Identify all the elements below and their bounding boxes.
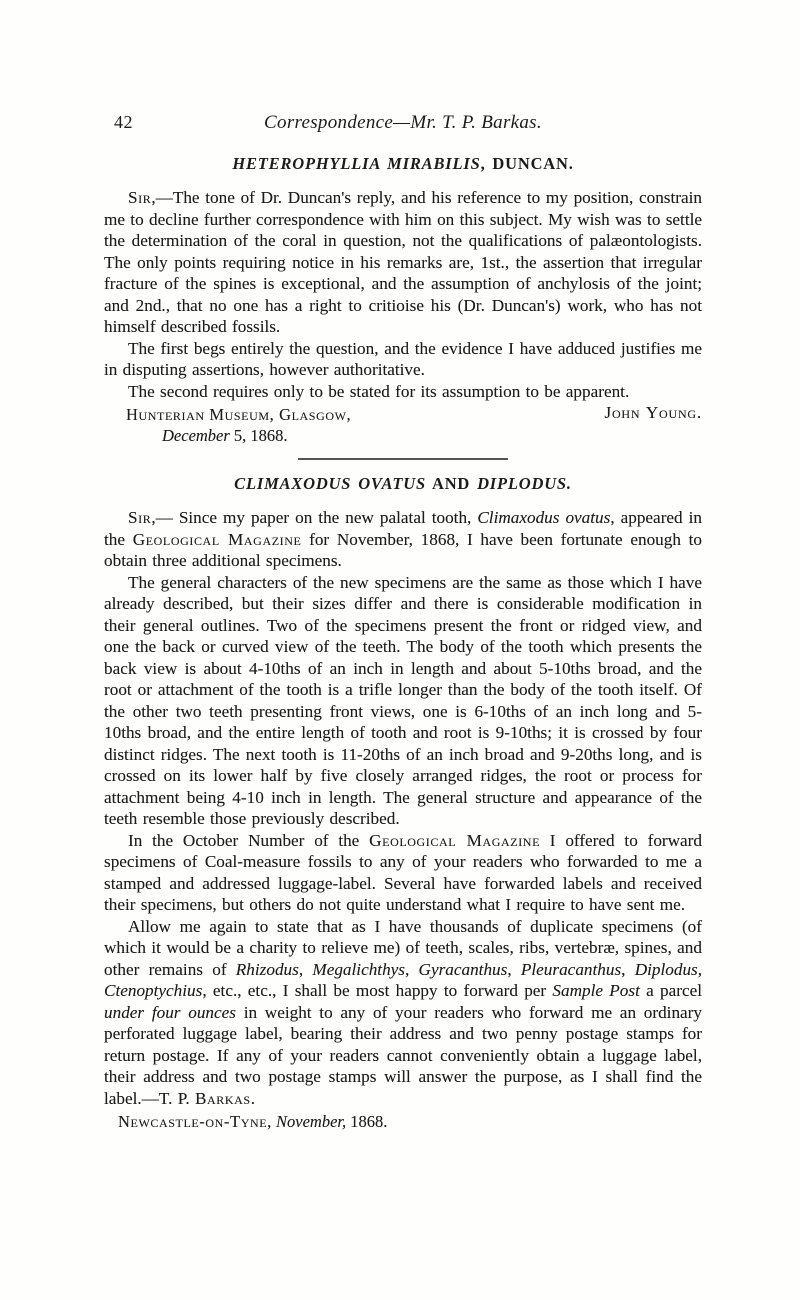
address-place-date: Newcastle-on-Tyne, November, 1868. — [118, 1111, 702, 1132]
letter-2-paragraph-3: In the October Number of the Geological … — [104, 830, 702, 916]
letter-heterophyllia: HETEROPHYLLIA MIRABILIS, DUNCAN. Sir,—Th… — [104, 154, 702, 446]
document-page: 42 Correspondence—Mr. T. P. Barkas. HETE… — [0, 0, 800, 1300]
paragraph-text: In the October Number of the Geological … — [104, 831, 702, 915]
letter-1-paragraph-1: Sir,—The tone of Dr. Duncan's reply, and… — [104, 187, 702, 338]
letter-1-paragraph-2: The first begs entirely the question, an… — [104, 338, 702, 381]
letter-climaxodus: CLIMAXODUS OVATUS AND DIPLODUS. Sir,— Si… — [104, 474, 702, 1132]
text-column: 42 Correspondence—Mr. T. P. Barkas. HETE… — [104, 112, 702, 1132]
paragraph-text: The general characters of the new specim… — [104, 573, 702, 829]
address-date: December 5, 1868. — [162, 425, 702, 446]
letter-1-heading: HETEROPHYLLIA MIRABILIS, DUNCAN. — [104, 154, 702, 174]
letter-2-paragraph-4: Allow me again to state that as I have t… — [104, 916, 702, 1110]
letter-2-paragraph-2: The general characters of the new specim… — [104, 572, 702, 830]
paragraph-text: Sir,—The tone of Dr. Duncan's reply, and… — [104, 188, 702, 336]
paragraph-text: Allow me again to state that as I have t… — [104, 917, 702, 1108]
page-number: 42 — [114, 112, 133, 133]
letter-1-paragraph-3: The second requires only to be stated fo… — [104, 381, 702, 403]
paragraph-text: Sir,— Since my paper on the new palatal … — [104, 508, 702, 570]
running-header: 42 Correspondence—Mr. T. P. Barkas. — [104, 112, 702, 138]
letter-2-paragraph-1: Sir,— Since my paper on the new palatal … — [104, 507, 702, 572]
letter-2-address-block: Newcastle-on-Tyne, November, 1868. — [104, 1111, 702, 1132]
paragraph-text: The second requires only to be stated fo… — [128, 382, 629, 401]
section-divider — [298, 458, 508, 460]
signature-john-young: John Young. — [604, 402, 702, 424]
letter-2-heading: CLIMAXODUS OVATUS AND DIPLODUS. — [104, 474, 702, 494]
paragraph-text: The first begs entirely the question, an… — [104, 339, 702, 380]
running-title: Correspondence—Mr. T. P. Barkas. — [104, 112, 702, 134]
